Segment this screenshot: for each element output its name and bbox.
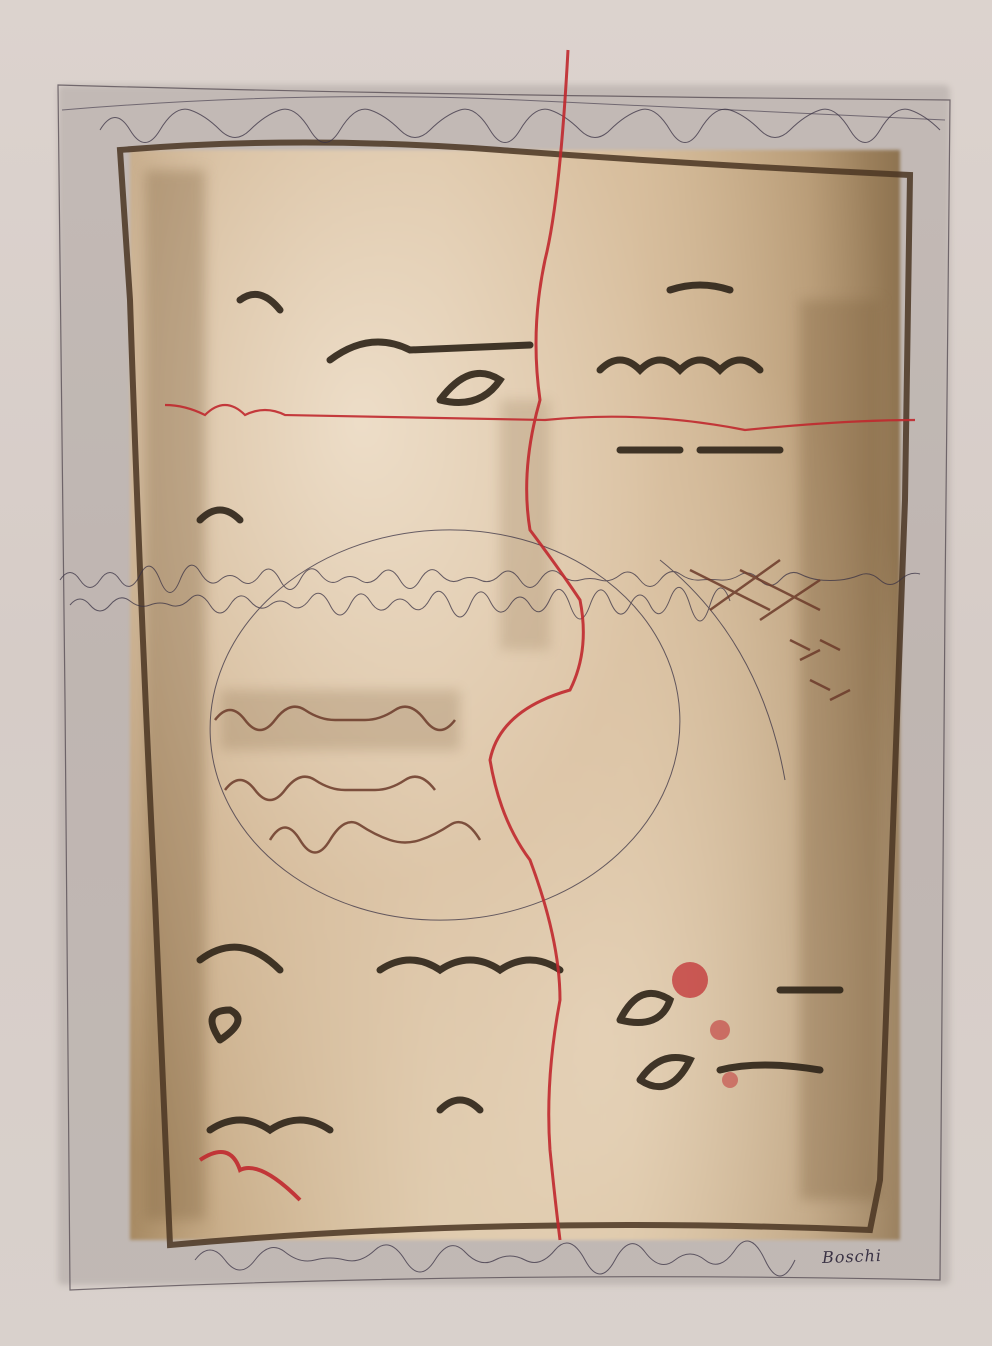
red-blot bbox=[672, 962, 708, 998]
artwork-canvas: Boschi bbox=[0, 0, 992, 1346]
artist-signature: Boschi bbox=[822, 1246, 883, 1267]
ink-strokes bbox=[0, 0, 992, 1346]
